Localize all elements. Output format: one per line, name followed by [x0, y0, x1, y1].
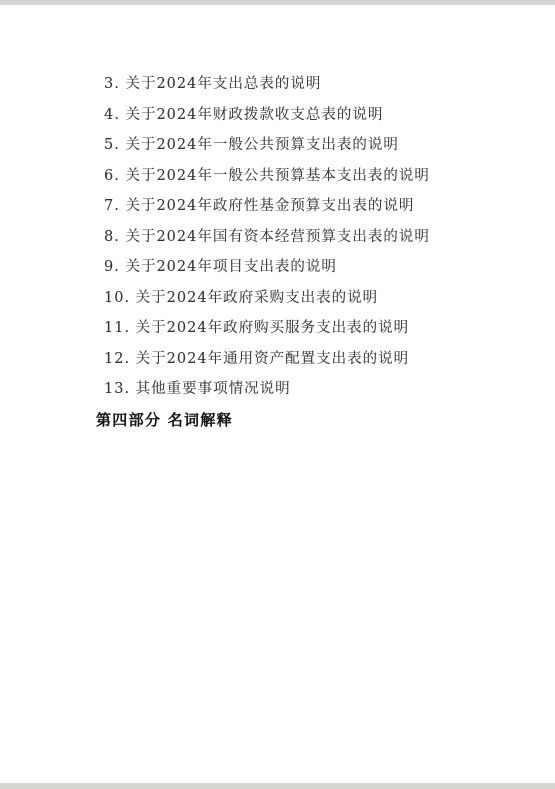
toc-item: 10. 关于2024年政府采购支出表的说明 — [0, 283, 555, 314]
toc-item: 5. 关于2024年一般公共预算支出表的说明 — [0, 130, 555, 161]
toc-item: 8. 关于2024年国有资本经营预算支出表的说明 — [0, 222, 555, 253]
toc-item: 4. 关于2024年财政拨款收支总表的说明 — [0, 100, 555, 131]
page-top-edge — [0, 0, 555, 5]
toc-item: 9. 关于2024年项目支出表的说明 — [0, 252, 555, 283]
toc-item: 11. 关于2024年政府购买服务支出表的说明 — [0, 313, 555, 344]
toc-item: 3. 关于2024年支出总表的说明 — [0, 69, 555, 100]
section-heading: 第四部分 名词解释 — [0, 405, 555, 436]
page-bottom-edge — [0, 783, 555, 789]
toc-list: 3. 关于2024年支出总表的说明 4. 关于2024年财政拨款收支总表的说明 … — [0, 69, 555, 435]
toc-item: 6. 关于2024年一般公共预算基本支出表的说明 — [0, 161, 555, 192]
document-page: 3. 关于2024年支出总表的说明 4. 关于2024年财政拨款收支总表的说明 … — [0, 0, 555, 789]
toc-item: 7. 关于2024年政府性基金预算支出表的说明 — [0, 191, 555, 222]
toc-item: 13. 其他重要事项情况说明 — [0, 374, 555, 405]
toc-item: 12. 关于2024年通用资产配置支出表的说明 — [0, 344, 555, 375]
